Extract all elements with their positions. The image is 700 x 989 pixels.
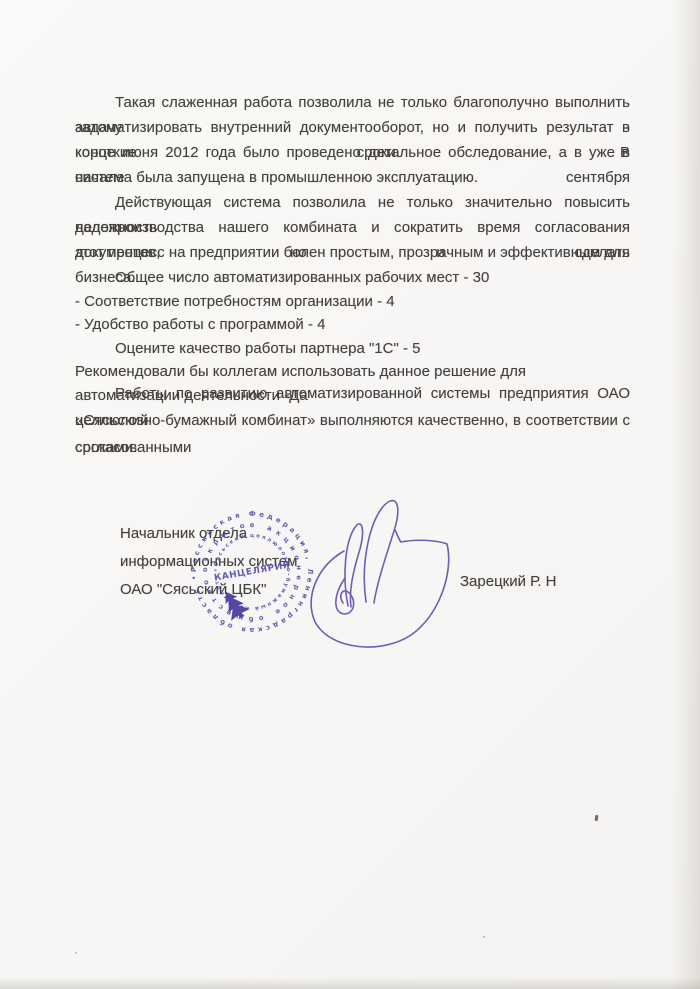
- text-line: конце июня 2012 года было проведено дета…: [75, 140, 630, 165]
- text-line: Работы по развитию автоматизированной си…: [75, 380, 630, 407]
- text-line: Действующая система позволила не только …: [75, 190, 630, 215]
- scanned-document-page: Такая слаженная работа позволила не толь…: [0, 0, 700, 989]
- text-line: - Удобство работы с программой - 4: [75, 313, 630, 337]
- text-block: Работы по развитию автоматизированной си…: [75, 380, 630, 461]
- signature-block: Начальник отдела информационных систем О…: [120, 520, 380, 604]
- text-block: Общее число автоматизированных рабочих м…: [75, 266, 630, 384]
- signer-title-line: ОАО "Сясьский ЦБК": [120, 576, 380, 604]
- scan-speck: [483, 936, 485, 938]
- scan-speck: [595, 815, 599, 821]
- scan-edge-right: [672, 0, 700, 989]
- signer-title-line: Начальник отдела: [120, 520, 380, 548]
- text-line: целлюлозно-бумажный комбинат» выполняютс…: [75, 407, 630, 434]
- text-line: Общее число автоматизированных рабочих м…: [75, 266, 630, 290]
- text-block: Такая слаженная работа позволила не толь…: [75, 90, 630, 190]
- text-line: Такая слаженная работа позволила не толь…: [75, 90, 630, 115]
- text-line: автоматизировать внутренний документообо…: [75, 115, 630, 140]
- text-line: этот процесс на предприятии болен просты…: [75, 240, 630, 265]
- text-block: Действующая система позволила не только …: [75, 190, 630, 265]
- scan-edge-bottom: [0, 977, 700, 989]
- scan-speck: [75, 952, 77, 954]
- text-line: Оцените качество работы партнера "1С" - …: [75, 337, 630, 361]
- text-line: делопроизводства нашего комбината и сокр…: [75, 215, 630, 240]
- signer-name: Зарецкий Р. Н: [460, 568, 557, 596]
- text-line: - Соответствие потребностям организации …: [75, 290, 630, 314]
- signer-title-line: информационных систем: [120, 548, 380, 576]
